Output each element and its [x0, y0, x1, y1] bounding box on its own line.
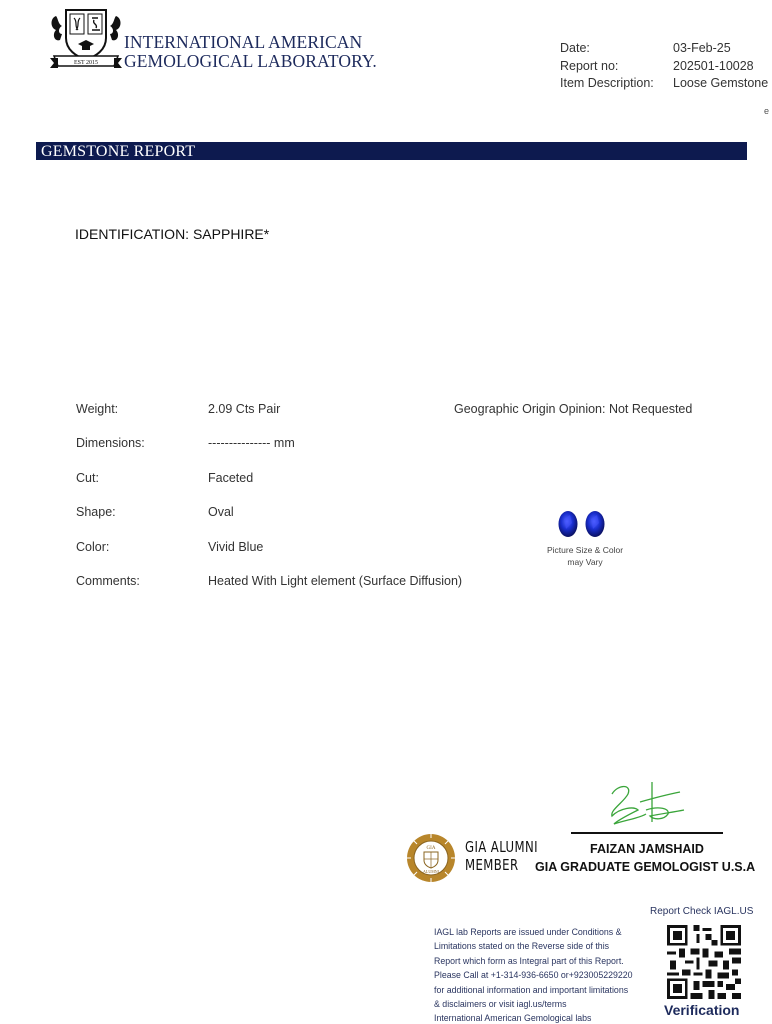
- svg-text:GIA: GIA: [427, 846, 436, 851]
- lab-name: INTERNATIONAL AMERICAN GEMOLOGICAL LABOR…: [124, 33, 377, 71]
- property-comments: Comments:Heated With Light element (Surf…: [76, 574, 462, 608]
- property-color: Color:Vivid Blue: [76, 540, 462, 574]
- report-title: GEMSTONE REPORT: [41, 142, 195, 161]
- report-check-label: Report Check IAGL.US: [650, 906, 753, 917]
- gemstone-photo: [556, 509, 608, 539]
- gia-alumni-seal-icon: GIA ALUMNI: [405, 832, 457, 884]
- identification: IDENTIFICATION: SAPPHIRE*: [75, 226, 269, 242]
- property-weight: Weight:2.09 Cts Pair: [76, 402, 462, 436]
- stray-mark: e: [764, 106, 769, 116]
- property-shape: Shape:Oval: [76, 505, 462, 539]
- meta-report-no: Report no: 202501-10028: [560, 58, 768, 76]
- lab-name-line2: GEMOLOGICAL LABORATORY.: [124, 52, 377, 71]
- report-meta: Date: 03-Feb-25 Report no: 202501-10028 …: [560, 40, 768, 93]
- gia-alumni-label: GIA ALUMNI MEMBER: [465, 838, 538, 874]
- disclaimer: IAGL lab Reports are issued under Condit…: [434, 925, 654, 1024]
- verification-label: Verification: [664, 1002, 739, 1018]
- qr-code-icon[interactable]: [667, 925, 741, 999]
- meta-date: Date: 03-Feb-25: [560, 40, 768, 58]
- report-title-banner: GEMSTONE REPORT: [36, 142, 747, 160]
- signature-line: [571, 832, 723, 834]
- svg-text:EST 2015: EST 2015: [74, 60, 98, 66]
- meta-item-description: Item Description: Loose Gemstone: [560, 75, 768, 93]
- signatory-title: GIA GRADUATE GEMOLOGIST U.S.A: [535, 860, 755, 874]
- signature-icon: [600, 780, 690, 830]
- geographic-origin: Geographic Origin Opinion: Not Requested: [454, 402, 692, 416]
- property-dimensions: Dimensions:--------------- mm: [76, 436, 462, 470]
- lab-crest-logo: EST 2015: [48, 4, 124, 72]
- signatory-name: FAIZAN JAMSHAID: [590, 842, 704, 856]
- svg-text:ALUMNI: ALUMNI: [423, 869, 440, 874]
- lab-name-line1: INTERNATIONAL AMERICAN: [124, 33, 377, 52]
- gem-properties: Weight:2.09 Cts Pair Dimensions:--------…: [76, 402, 462, 608]
- photo-caption: Picture Size & Color may Vary: [530, 544, 640, 568]
- property-cut: Cut:Faceted: [76, 471, 462, 505]
